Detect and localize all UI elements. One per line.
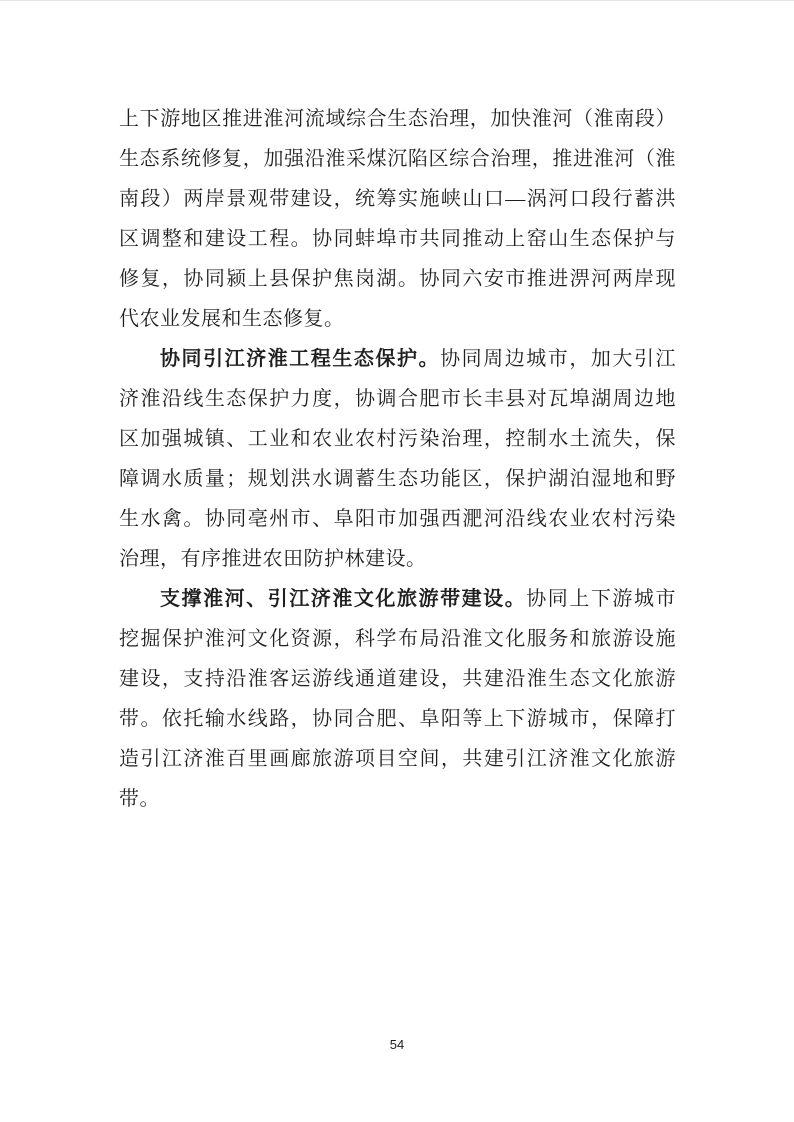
lead-emphasis-segment: 协同引江济淮工程生态保护。 bbox=[160, 348, 440, 370]
text-segment: 治理，有序推进农田防护林建设。 bbox=[119, 548, 427, 570]
text-segment: 区调整和建设工程。协同蚌埠市共同推动上窑山生态保护与 bbox=[119, 228, 676, 250]
text-line: 修复，协同颍上县保护焦岗湖。协同六安市推进淠河两岸现 bbox=[119, 259, 676, 299]
text-segment: 济淮沿线生态保护力度，协调合肥市长丰县对瓦埠湖周边地 bbox=[119, 388, 676, 410]
text-segment: 协同周边城市，加大引江 bbox=[440, 348, 676, 370]
text-segment: 带。依托输水线路，协同合肥、阜阳等上下游城市，保障打 bbox=[119, 708, 676, 730]
text-line: 代农业发展和生态修复。 bbox=[119, 299, 676, 339]
text-line: 协同引江济淮工程生态保护。协同周边城市，加大引江 bbox=[119, 339, 676, 379]
text-segment: 协同上下游城市 bbox=[526, 588, 676, 610]
text-line: 上下游地区推进淮河流域综合生态治理，加快淮河（淮南段） bbox=[119, 99, 676, 139]
text-line: 带。依托输水线路，协同合肥、阜阳等上下游城市，保障打 bbox=[119, 699, 676, 739]
text-segment: 生水禽。协同亳州市、阜阳市加强西淝河沿线农业农村污染 bbox=[119, 508, 676, 530]
text-segment: 区加强城镇、工业和农业农村污染治理，控制水土流失，保 bbox=[119, 428, 676, 450]
text-segment: 南段）两岸景观带建设，统筹实施峡山口—涡河口段行蓄洪 bbox=[119, 188, 676, 210]
text-segment: 生态系统修复，加强沿淮采煤沉陷区综合治理，推进淮河（淮 bbox=[119, 148, 676, 170]
text-line: 南段）两岸景观带建设，统筹实施峡山口—涡河口段行蓄洪 bbox=[119, 179, 676, 219]
text-line: 造引江济淮百里画廊旅游项目空间，共建引江济淮文化旅游 bbox=[119, 739, 676, 779]
lead-emphasis-segment: 支撑淮河、引江济淮文化旅游带建设。 bbox=[160, 588, 526, 610]
text-segment: 挖掘保护淮河文化资源，科学布局沿淮文化服务和旅游设施 bbox=[119, 628, 676, 650]
text-segment: 修复，协同颍上县保护焦岗湖。协同六安市推进淠河两岸现 bbox=[119, 268, 676, 290]
text-line: 济淮沿线生态保护力度，协调合肥市长丰县对瓦埠湖周边地 bbox=[119, 379, 676, 419]
text-line: 生态系统修复，加强沿淮采煤沉陷区综合治理，推进淮河（淮 bbox=[119, 139, 676, 179]
text-line: 支撑淮河、引江济淮文化旅游带建设。协同上下游城市 bbox=[119, 579, 676, 619]
text-segment: 造引江济淮百里画廊旅游项目空间，共建引江济淮文化旅游 bbox=[119, 748, 676, 770]
paragraph: 协同引江济淮工程生态保护。协同周边城市，加大引江济淮沿线生态保护力度，协调合肥市… bbox=[119, 339, 676, 579]
text-segment: 障调水质量；规划洪水调蓄生态功能区，保护湖泊湿地和野 bbox=[119, 468, 676, 490]
text-line: 建设，支持沿淮客运游线通道建设，共建沿淮生态文化旅游 bbox=[119, 659, 676, 699]
text-segment: 上下游地区推进淮河流域综合生态治理，加快淮河（淮南段） bbox=[119, 108, 676, 130]
text-segment: 带。 bbox=[119, 788, 160, 810]
paragraph: 上下游地区推进淮河流域综合生态治理，加快淮河（淮南段）生态系统修复，加强沿淮采煤… bbox=[119, 99, 676, 339]
paragraph: 支撑淮河、引江济淮文化旅游带建设。协同上下游城市挖掘保护淮河文化资源，科学布局沿… bbox=[119, 579, 676, 819]
text-line: 生水禽。协同亳州市、阜阳市加强西淝河沿线农业农村污染 bbox=[119, 499, 676, 539]
text-line: 带。 bbox=[119, 779, 676, 819]
document-page: 上下游地区推进淮河流域综合生态治理，加快淮河（淮南段）生态系统修复，加强沿淮采煤… bbox=[0, 0, 794, 1122]
text-segment: 代农业发展和生态修复。 bbox=[119, 308, 345, 330]
page-top-edge bbox=[0, 0, 794, 1]
text-line: 区调整和建设工程。协同蚌埠市共同推动上窑山生态保护与 bbox=[119, 219, 676, 259]
text-line: 障调水质量；规划洪水调蓄生态功能区，保护湖泊湿地和野 bbox=[119, 459, 676, 499]
text-line: 区加强城镇、工业和农业农村污染治理，控制水土流失，保 bbox=[119, 419, 676, 459]
page-number: 54 bbox=[0, 1036, 794, 1054]
text-line: 挖掘保护淮河文化资源，科学布局沿淮文化服务和旅游设施 bbox=[119, 619, 676, 659]
text-segment: 建设，支持沿淮客运游线通道建设，共建沿淮生态文化旅游 bbox=[119, 668, 676, 690]
text-line: 治理，有序推进农田防护林建设。 bbox=[119, 539, 676, 579]
text-block: 上下游地区推进淮河流域综合生态治理，加快淮河（淮南段）生态系统修复，加强沿淮采煤… bbox=[119, 99, 676, 819]
